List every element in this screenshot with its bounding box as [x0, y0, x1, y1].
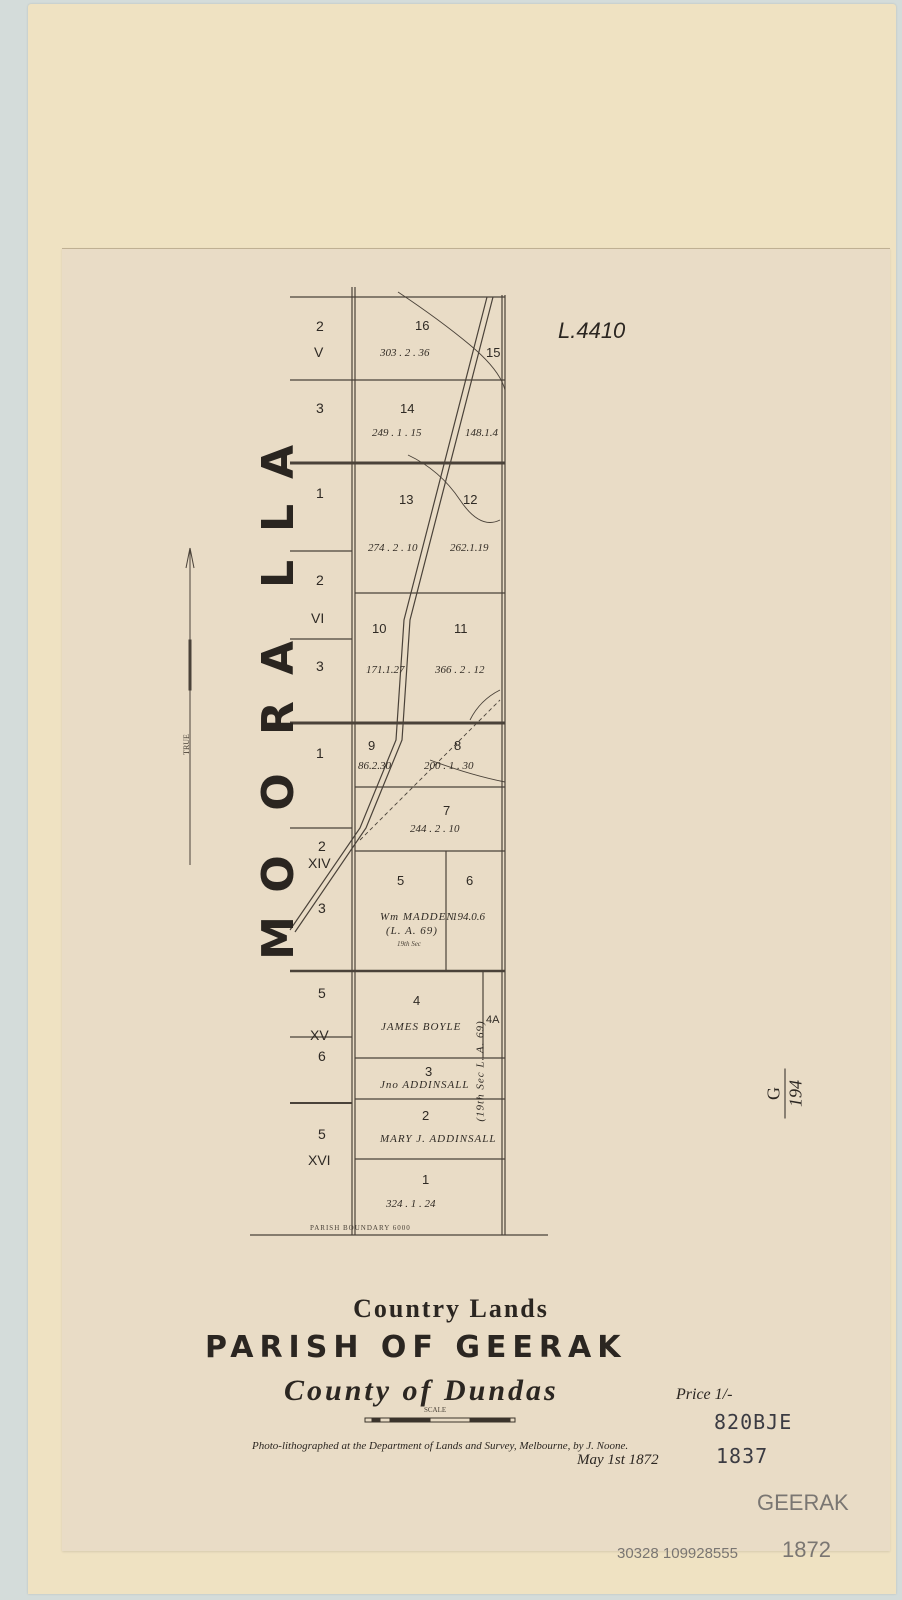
allotment-id: 8 [454, 738, 461, 753]
allotment-id: 4A [486, 1014, 499, 1026]
allotment-area: 200 . 1 . 30 [424, 760, 474, 772]
allotment-id: 15 [486, 345, 500, 360]
allotment-id: 5 [397, 873, 404, 888]
allotment-owner: Jno ADDINSALL [380, 1079, 470, 1091]
allotment-id: 1 [422, 1172, 429, 1187]
section-note: (19th Sec L. A. 69) [475, 1020, 487, 1121]
allotment-owner: Wm MADDEN [380, 911, 455, 923]
allotment-area: 171.1.27 [366, 664, 405, 676]
allotment-area: 324 . 1 . 24 [386, 1198, 436, 1210]
scale-label: SCALE [424, 1406, 446, 1414]
pencil-year: 1872 [782, 1537, 831, 1563]
allotment-id: 4 [413, 993, 420, 1008]
title-county: County of Dundas [284, 1374, 559, 1408]
side-section: XIV [308, 855, 331, 871]
allotment-owner: JAMES BOYLE [381, 1021, 461, 1033]
allotment-id: 3 [425, 1064, 432, 1079]
allotment-area: 244 . 2 . 10 [410, 823, 460, 835]
letter: A [257, 627, 301, 689]
allotment-id: 7 [443, 803, 450, 818]
side-num: 2 [316, 572, 324, 588]
side-num: 3 [316, 658, 324, 674]
letter: L [257, 487, 301, 549]
allotment-id: 10 [372, 621, 386, 636]
price-label: Price 1/- [676, 1386, 732, 1404]
side-num: 3 [318, 900, 326, 916]
letter: L [257, 543, 301, 605]
allotment-id: 2 [422, 1108, 429, 1123]
title-parish: PARISH OF GEERAK [205, 1330, 627, 1365]
lot-reference: L.4410 [558, 318, 625, 344]
letter: O [257, 843, 301, 905]
stamp-line1: 820BJE [714, 1410, 792, 1434]
stamp-line2: 1837 [716, 1444, 768, 1468]
south-boundary-label: PARISH BOUNDARY 6000 [310, 1224, 411, 1232]
allotment-area: 303 . 2 . 36 [380, 347, 430, 359]
allotment-id: 14 [400, 401, 414, 416]
side-section: XVI [308, 1152, 331, 1168]
catalogue-bottom: 194 [785, 1069, 807, 1119]
allotment-id: 16 [415, 318, 429, 333]
letter: A [257, 431, 301, 493]
allotment-id: 9 [368, 738, 375, 753]
catalogue-top: G [764, 1087, 784, 1100]
side-section: XV [310, 1027, 329, 1043]
allotment-area: 366 . 2 . 12 [435, 664, 485, 676]
side-section: VI [311, 610, 324, 626]
letter: R [257, 687, 301, 749]
allotment-area: 86.2.30 [358, 760, 391, 772]
letter: O [257, 761, 301, 823]
side-num: 2 [318, 838, 326, 854]
barcode-text: 30328 109928555 [617, 1545, 738, 1562]
side-num: 5 [318, 985, 326, 1001]
side-num: 3 [316, 400, 324, 416]
side-num: 1 [316, 485, 324, 501]
allotment-id: 12 [463, 492, 477, 507]
allotment-area: 148.1.4 [465, 427, 498, 439]
allotment-area: 249 . 1 . 15 [372, 427, 422, 439]
allotment-id: 11 [454, 621, 468, 636]
north-label: TRUE [182, 734, 191, 755]
catalogue-reference: G 194 [764, 1069, 807, 1119]
side-section: V [314, 344, 323, 360]
allotment-area: 262.1.19 [450, 542, 489, 554]
pencil-name: GEERAK [757, 1490, 849, 1516]
allotment-id: 6 [466, 873, 473, 888]
date-line: May 1st 1872 [577, 1452, 659, 1469]
neighbour-parish-label: M O O R A L L A [248, 440, 310, 960]
side-num: 1 [316, 745, 324, 761]
title-country-lands: Country Lands [0, 1294, 902, 1324]
allotment-id: 13 [399, 492, 413, 507]
allotment-note: (L. A. 69) [386, 925, 438, 937]
side-num: 5 [318, 1126, 326, 1142]
allotment-sec: 19th Sec [397, 940, 421, 948]
credit-line: Photo-lithographed at the Department of … [252, 1440, 628, 1452]
allotment-area: 194.0.6 [452, 911, 485, 923]
allotment-area: 274 . 2 . 10 [368, 542, 418, 554]
side-num: 6 [318, 1048, 326, 1064]
letter: M [257, 907, 301, 969]
allotment-owner: MARY J. ADDINSALL [380, 1133, 497, 1145]
side-num: 2 [316, 318, 324, 334]
